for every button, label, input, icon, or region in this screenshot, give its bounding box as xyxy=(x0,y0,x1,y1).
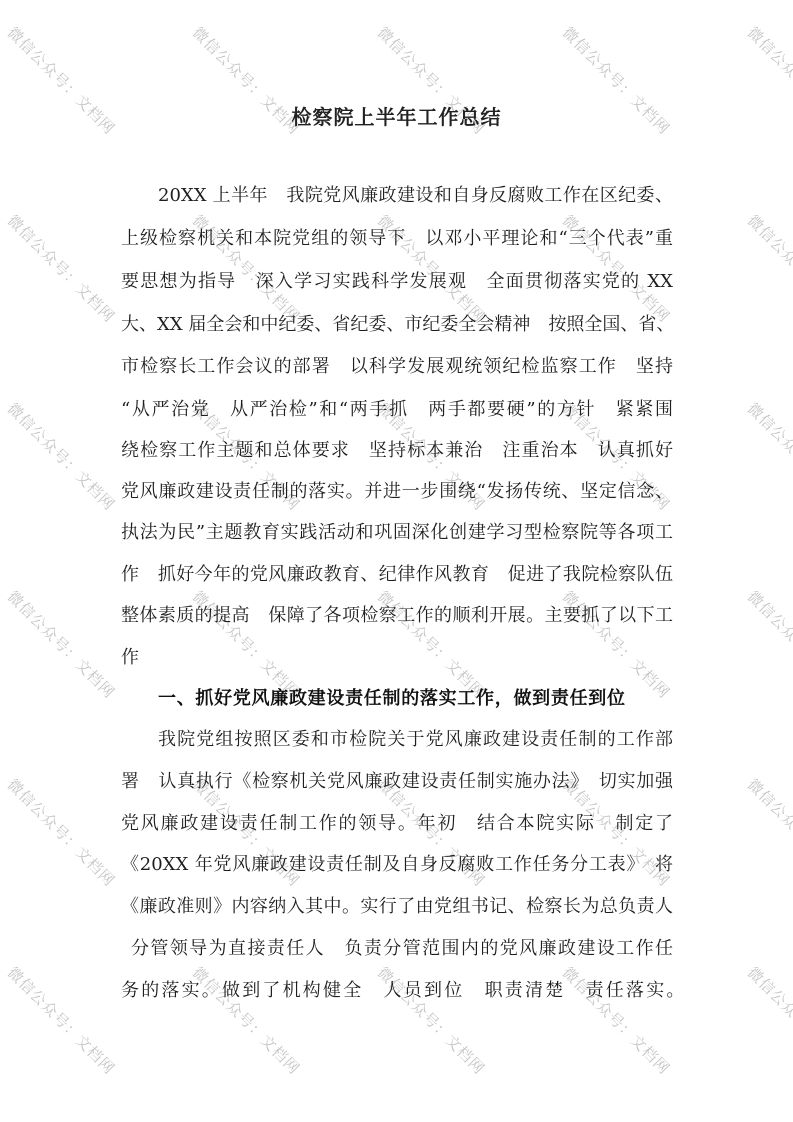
paragraph-line: 作 xyxy=(121,646,673,670)
paragraph-line: 我院党组按照区委和市检院关于党风廉政建设责任制的工作部 xyxy=(158,728,673,752)
paragraph-line: 《廉政准则》内容纳入其中。实行了由党组书记、检察长为总负责人 xyxy=(121,895,673,919)
paragraph-line: 大、XX 届全会和中纪委、省纪委、市纪委全会精神 按照全国、省、 xyxy=(121,313,673,337)
watermark: 微信公众号：文档网 xyxy=(3,962,120,1079)
paragraph-line: 20XX 上半年 我院党风廉政建设和自身反腐败工作在区纪委、 xyxy=(158,184,673,208)
watermark: 微信公众号：文档网 xyxy=(3,398,120,515)
watermark: 微信公众号：文档网 xyxy=(3,774,120,891)
paragraph-line: 作 抓好今年的党风廉政教育、纪律作风教育 促进了我院检察队伍 xyxy=(121,563,673,587)
paragraph-line: 分管领导为直接责任人 负责分管范围内的党风廉政建设工作任 xyxy=(131,937,673,961)
watermark: 微信公众号：文档网 xyxy=(3,586,120,703)
watermark: 微信公众号：文档网 xyxy=(743,586,793,703)
watermark: 微信公众号：文档网 xyxy=(743,962,793,1079)
paragraph-line: 党风廉政建设责任制的落实。并进一步围绕“发扬传统、坚定信念、 xyxy=(121,480,673,504)
paragraph-line: 署 认真执行《检察机关党风廉政建设责任制实施办法》 切实加强 xyxy=(121,770,673,794)
document-title: 检察院上半年工作总结 xyxy=(0,101,793,130)
watermark: 微信公众号：文档网 xyxy=(3,210,120,327)
paragraph-line: 要思想为指导 深入学习实践科学发展观 全面贯彻落实党的 XX xyxy=(121,270,673,294)
paragraph-line: 整体素质的提高 保障了各项检察工作的顺利开展。主要抓了以下工 xyxy=(121,604,673,628)
paragraph-line: 党风廉政建设责任制工作的领导。年初 结合本院实际 制定了 xyxy=(121,812,673,836)
watermark: 微信公众号：文档网 xyxy=(743,774,793,891)
paragraph-line: 《20XX 年党风廉政建设责任制及自身反腐败工作任务分工表》 将 xyxy=(121,853,673,877)
paragraph-line: 绕检察工作主题和总体要求 坚持标本兼治 注重治本 认真抓好 xyxy=(121,439,673,463)
watermark: 微信公众号：文档网 xyxy=(743,398,793,515)
section-heading: 一、抓好党风廉政建设责任制的落实工作，做到责任到位 xyxy=(158,687,625,711)
paragraph-line: 市检察长工作会议的部署 以科学发展观统领纪检监察工作 坚持 xyxy=(121,355,673,379)
paragraph-line: 执法为民”主题教育实践活动和巩固深化创建学习型检察院等各项工 xyxy=(121,521,673,545)
paragraph-line: 上级检察机关和本院党组的领导下 以邓小平理论和“三个代表”重 xyxy=(121,227,673,251)
paragraph-line: 务的落实。做到了机构健全 人员到位 职责清楚 责任落实。 xyxy=(121,979,673,1003)
document-page: 微信公众号：文档网 微信公众号：文档网 微信公众号：文档网 微信公众号：文档网 … xyxy=(0,0,793,1122)
watermark: 微信公众号：文档网 xyxy=(743,210,793,327)
paragraph-line: “从严治党 从严治检”和“两手抓 两手都要硬”的方针 紧紧围 xyxy=(121,398,673,422)
